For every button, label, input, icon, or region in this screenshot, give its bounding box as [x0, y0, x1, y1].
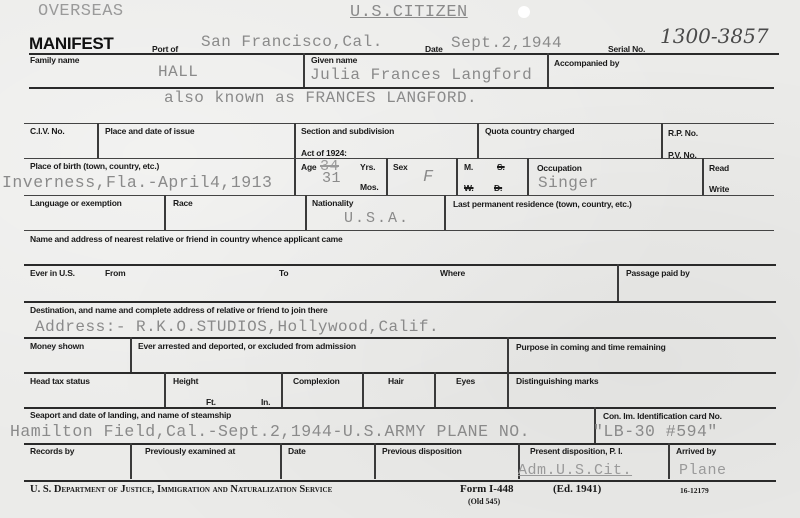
- given-name-label: Given name: [311, 55, 357, 65]
- civ-no-label: C.I.V. No.: [30, 126, 65, 136]
- card-no-label: Con. Im. Identification card No.: [603, 411, 722, 421]
- seaport-value: Hamilton Field,Cal.-Sept.2,1944-U.S.ARMY…: [10, 422, 530, 441]
- occupation-value: Singer: [538, 174, 599, 192]
- relative-label: Name and address of nearest relative or …: [30, 234, 343, 244]
- destination-value: Address:- R.K.O.STUDIOS,Hollywood,Calif.: [35, 318, 439, 336]
- divider: [294, 123, 296, 195]
- citizen-stamp: U.S.CITIZEN: [350, 3, 468, 22]
- manifest-card: OVERSEAS U.S.CITIZEN MANIFEST Port of Sa…: [0, 0, 800, 518]
- divider: [130, 443, 132, 479]
- serial-value: 1300-3857: [660, 24, 769, 48]
- manifest-title: MANIFEST: [29, 34, 113, 54]
- form-number: Form I-448: [460, 483, 513, 495]
- divider: [386, 158, 388, 195]
- to-label: To: [279, 268, 288, 278]
- act-label: Act of 1924:: [301, 148, 347, 158]
- divider: [97, 123, 99, 158]
- section-label: Section and subdivision: [301, 126, 394, 136]
- divider: [362, 372, 364, 407]
- ever-in-us-label: Ever in U.S.: [30, 268, 75, 278]
- divider: [477, 123, 479, 158]
- divider: [374, 443, 376, 479]
- sex-value: F: [423, 168, 434, 187]
- divider: [702, 158, 704, 195]
- divider: [24, 443, 776, 445]
- divider: [24, 301, 776, 303]
- date-value: Sept.2,1944: [451, 34, 562, 52]
- punch-hole: [518, 6, 530, 18]
- divider: [24, 372, 776, 374]
- head-tax-label: Head tax status: [30, 376, 90, 386]
- divider: [547, 53, 549, 87]
- divider: [507, 372, 509, 407]
- language-label: Language or exemption: [30, 198, 122, 208]
- port-value: San Francisco,Cal.: [201, 33, 383, 51]
- quota-label: Quota country charged: [485, 126, 574, 136]
- marks-label: Distinguishing marks: [516, 376, 598, 386]
- occupation-label: Occupation: [537, 163, 582, 173]
- rp-no-label: R.P. No.: [668, 128, 698, 138]
- eyes-label: Eyes: [456, 376, 475, 386]
- residence-label: Last permanent residence (town, country,…: [453, 199, 632, 209]
- records-by-label: Records by: [30, 446, 74, 456]
- money-shown-label: Money shown: [30, 341, 84, 351]
- form-edition: (Ed. 1941): [553, 483, 601, 495]
- where-label: Where: [440, 268, 465, 278]
- divider: [617, 264, 619, 301]
- complexion-label: Complexion: [293, 376, 340, 386]
- nationality-label: Nationality: [312, 198, 353, 208]
- present-disp-value: Adm.U.S.Cit.: [518, 462, 632, 479]
- divider: [130, 337, 132, 372]
- birth-value: Inverness,Fla.-April4,1913: [2, 173, 272, 192]
- ft-label: Ft.: [206, 397, 216, 407]
- birth-label: Place of birth (town, country, etc.): [30, 161, 159, 171]
- yrs-label: Yrs.: [360, 162, 375, 172]
- accompanied-by-label: Accompanied by: [554, 58, 619, 68]
- prev-exam-label: Previously examined at: [145, 446, 235, 456]
- department-footer: U. S. Department of Justice, Immigration…: [30, 484, 332, 495]
- arrived-by-value: Plane: [679, 462, 727, 479]
- seaport-label: Seaport and date of landing, and name of…: [30, 410, 231, 420]
- divorced-label: D.: [494, 183, 502, 193]
- family-name-value: HALL: [158, 63, 198, 81]
- divider: [24, 480, 776, 482]
- age-label: Age: [301, 162, 316, 172]
- divider: [24, 407, 776, 409]
- divider: [164, 372, 166, 407]
- card-no-value: "LB-30 #594": [593, 422, 718, 441]
- destination-label: Destination, and name and complete addre…: [30, 305, 328, 315]
- divider: [24, 264, 776, 266]
- divider: [281, 372, 283, 407]
- place-issue-label: Place and date of issue: [105, 126, 194, 136]
- passage-label: Passage paid by: [626, 268, 690, 278]
- divider: [24, 158, 774, 159]
- from-label: From: [105, 268, 125, 278]
- in-label: In.: [261, 397, 270, 407]
- aka-value: also known as FRANCES LANGFORD.: [164, 89, 477, 107]
- divider: [29, 53, 779, 55]
- divider: [280, 443, 282, 479]
- age-value: 31: [322, 170, 341, 187]
- divider: [507, 337, 509, 372]
- overseas-stamp: OVERSEAS: [38, 2, 124, 21]
- nationality-value: U.S.A.: [344, 210, 410, 227]
- divider: [164, 195, 166, 230]
- sex-label: Sex: [393, 162, 408, 172]
- arrived-by-label: Arrived by: [676, 446, 716, 456]
- family-name-label: Family name: [30, 55, 79, 65]
- mos-label: Mos.: [360, 182, 379, 192]
- hair-label: Hair: [388, 376, 404, 386]
- divider: [661, 123, 663, 158]
- write-label: Write: [709, 184, 729, 194]
- married-label: M.: [464, 162, 473, 172]
- divider: [444, 195, 446, 230]
- arrested-label: Ever arrested and deported, or excluded …: [138, 341, 356, 351]
- divider: [434, 372, 436, 407]
- form-old: (Old 545): [468, 497, 500, 506]
- purpose-label: Purpose in coming and time remaining: [516, 342, 666, 352]
- race-label: Race: [173, 198, 193, 208]
- height-label: Height: [173, 376, 198, 386]
- read-label: Read: [709, 163, 729, 173]
- prev-disp-label: Previous disposition: [382, 446, 462, 456]
- divider: [24, 230, 774, 231]
- divider: [527, 158, 529, 195]
- divider: [668, 443, 670, 479]
- print-code: 16-12179: [680, 486, 709, 495]
- given-name-value: Julia Frances Langford: [310, 66, 532, 84]
- single-label: S.: [497, 162, 505, 172]
- divider: [303, 53, 305, 87]
- divider: [24, 337, 776, 339]
- widowed-label: W.: [464, 183, 474, 193]
- divider: [305, 195, 307, 230]
- present-disp-label: Present disposition, P. I.: [530, 446, 622, 456]
- divider: [456, 158, 458, 195]
- records-date-label: Date: [288, 446, 306, 456]
- divider: [24, 195, 774, 196]
